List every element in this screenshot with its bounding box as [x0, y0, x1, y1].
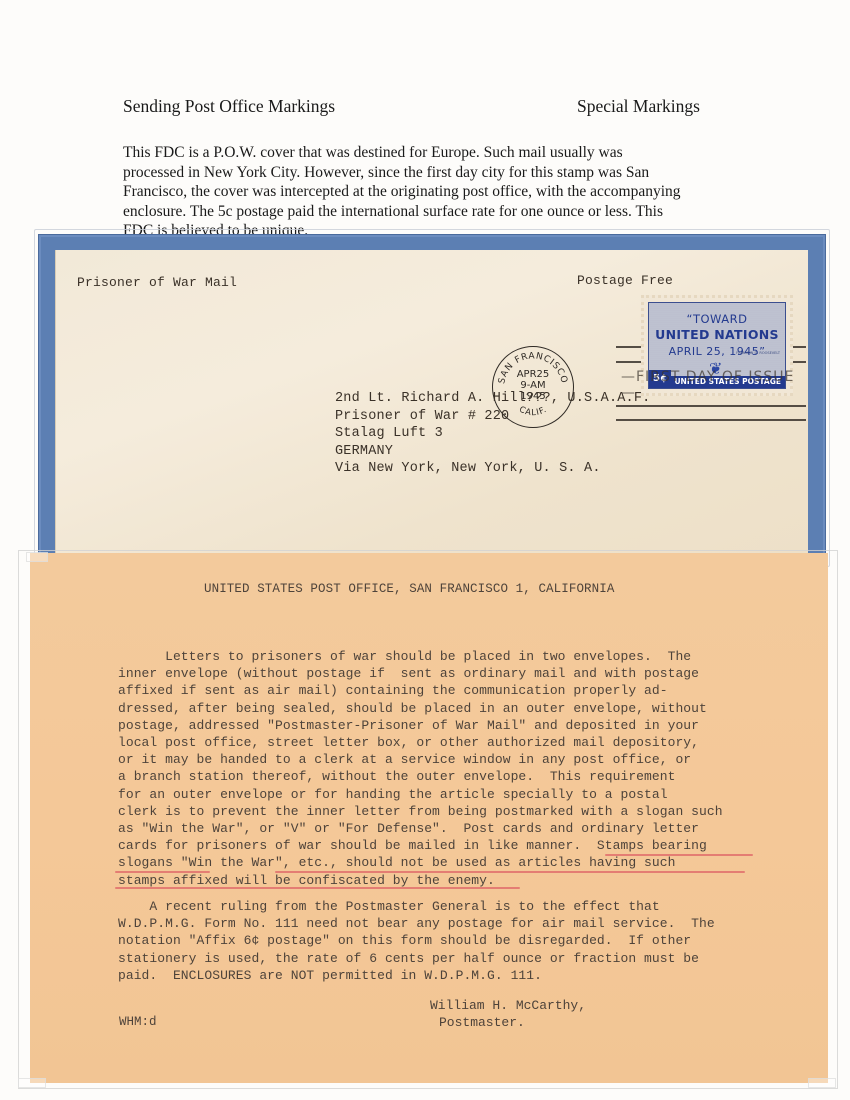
- signature-title: Postmaster.: [439, 1015, 525, 1030]
- address-line: GERMANY: [335, 443, 650, 461]
- letter-line: Letters to prisoners of war should be pl…: [118, 648, 723, 665]
- letter-line: A recent ruling from the Postmaster Gene…: [118, 898, 715, 915]
- postmark-date: APR25: [493, 369, 573, 380]
- letter-line: paid. ENCLOSURES are NOT permitted in W.…: [118, 967, 715, 984]
- stamp-text-line2: UNITED NATIONS: [649, 327, 785, 342]
- envelope-postage-free-label: Postage Free: [577, 273, 673, 288]
- signature-name: William H. McCarthy,: [430, 998, 586, 1013]
- heading-sending-markings: Sending Post Office Markings: [123, 96, 335, 117]
- letter-line: dressed, after being sealed, should be p…: [118, 700, 723, 717]
- letter-line: local post office, street letter box, or…: [118, 734, 723, 751]
- letter-line: slogans "Win the War", etc., should not …: [118, 854, 723, 871]
- intro-line: processed in New York City. However, sin…: [123, 163, 743, 183]
- letter-letterhead: UNITED STATES POST OFFICE, SAN FRANCISCO…: [204, 582, 614, 596]
- intro-line: This FDC is a P.O.W. cover that was dest…: [123, 143, 743, 163]
- letter-line: a branch station thereof, without the ou…: [118, 768, 723, 785]
- address-line: Stalag Luft 3: [335, 425, 650, 443]
- envelope-pow-label: Prisoner of War Mail: [77, 275, 237, 290]
- red-underline: [605, 854, 753, 856]
- intro-line: Francisco, the cover was intercepted at …: [123, 182, 743, 202]
- address-line: 2nd Lt. Richard A. Hill???, U.S.A.A.F.: [335, 390, 650, 408]
- letter-line: postage, addressed "Postmaster-Prisoner …: [118, 717, 723, 734]
- letter-line: for an outer envelope or for handing the…: [118, 786, 723, 803]
- pow-cover-envelope: Prisoner of War Mail Postage Free “TOWAR…: [55, 250, 808, 560]
- letter-line: or it may be handed to a clerk at a serv…: [118, 751, 723, 768]
- letter-line: clerk is to prevent the inner letter fro…: [118, 803, 723, 820]
- red-underline: [115, 887, 520, 889]
- letter-line: stationery is used, the rate of 6 cents …: [118, 950, 715, 967]
- letter-line: cards for prisoners of war should be mai…: [118, 837, 723, 854]
- corner-mount: [26, 552, 48, 562]
- post-office-enclosure-letter: UNITED STATES POST OFFICE, SAN FRANCISCO…: [30, 553, 828, 1083]
- corner-mount: [18, 1078, 46, 1088]
- letter-line: as "Win the War", or "V" or "For Defense…: [118, 820, 723, 837]
- letter-line: inner envelope (without postage if sent …: [118, 665, 723, 682]
- red-underline: [275, 871, 745, 873]
- red-underline: [115, 871, 210, 873]
- heading-special-markings: Special Markings: [577, 96, 700, 117]
- address-line: Prisoner of War # 220: [335, 408, 650, 426]
- intro-paragraph: This FDC is a P.O.W. cover that was dest…: [123, 143, 743, 241]
- letter-line: affixed if sent as air mail) containing …: [118, 682, 723, 699]
- letter-paragraph-2: A recent ruling from the Postmaster Gene…: [118, 898, 715, 984]
- typist-initials: WHM:d: [119, 1015, 157, 1029]
- stamp-text-line1: “TOWARD: [649, 312, 785, 326]
- letter-line: notation "Affix 6¢ postage" on this form…: [118, 932, 715, 949]
- address-line: Via New York, New York, U. S. A.: [335, 460, 650, 478]
- intro-line: enclosure. The 5c postage paid the inter…: [123, 202, 743, 222]
- corner-mount: [808, 1078, 836, 1088]
- letter-line: W.D.P.M.G. Form No. 111 need not bear an…: [118, 915, 715, 932]
- stamp-credit: FRANKLIN D. ROOSEVELT: [736, 351, 780, 355]
- letter-paragraph-1: Letters to prisoners of war should be pl…: [118, 648, 723, 889]
- recipient-address: 2nd Lt. Richard A. Hill???, U.S.A.A.F. P…: [335, 390, 650, 478]
